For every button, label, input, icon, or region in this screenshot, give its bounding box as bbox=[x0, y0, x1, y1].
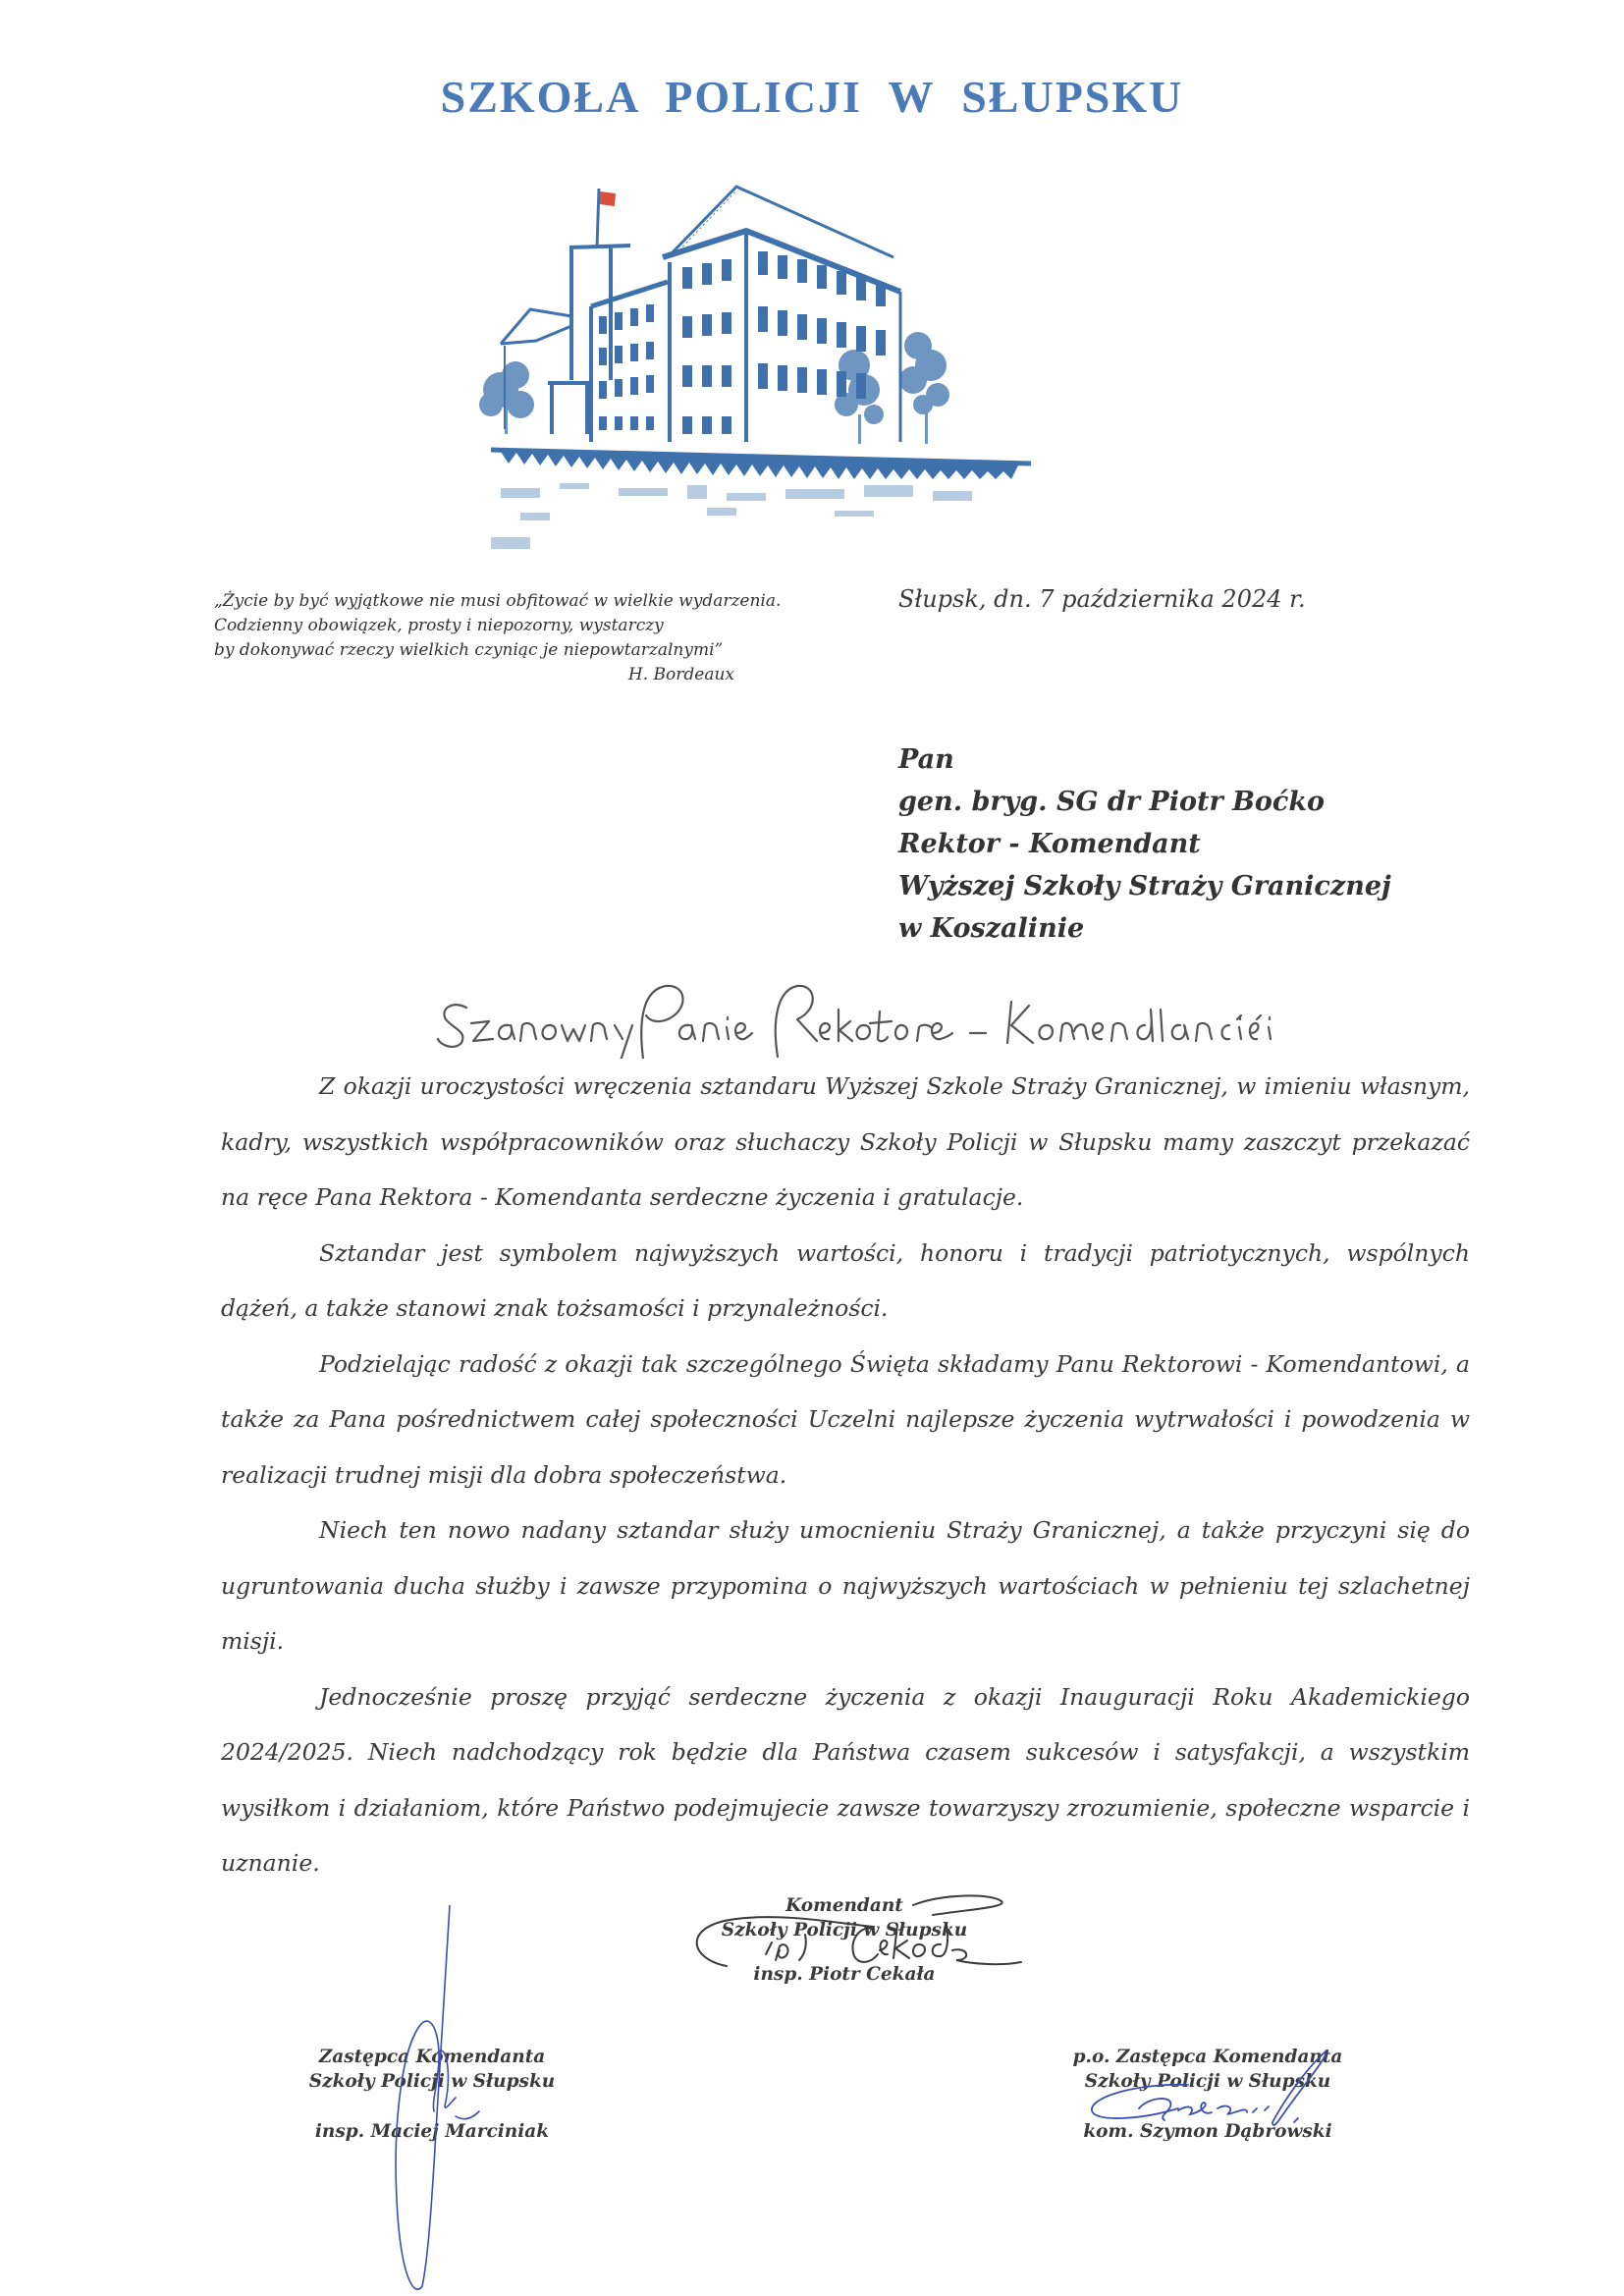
quote-author: H. Bordeaux bbox=[214, 663, 842, 687]
body-paragraph: Podzielając radość z okazji tak szczegól… bbox=[221, 1337, 1470, 1503]
addressee-line: Pan bbox=[898, 738, 1391, 781]
signature-title: Komendant bbox=[677, 1893, 1011, 1918]
addressee-line: gen. bryg. SG dr Piotr Boćko bbox=[898, 781, 1391, 823]
addressee-line: Wyższej Szkoły Straży Granicznej bbox=[898, 865, 1391, 907]
signature-commandant: Komendant Szkoły Policji w Słupsku insp.… bbox=[677, 1893, 1011, 1987]
quote-line: „Życie by być wyjątkowe nie musi obfitow… bbox=[214, 589, 842, 614]
addressee-block: Pan gen. bryg. SG dr Piotr Boćko Rektor … bbox=[898, 738, 1391, 950]
signature-title: p.o. Zastępca Komendanta bbox=[1060, 2045, 1355, 2069]
signature-name: kom. Szymon Dąbrowski bbox=[1060, 2119, 1355, 2144]
signature-name: insp. Piotr Cekała bbox=[677, 1962, 1011, 1987]
signature-deputy-right: p.o. Zastępca Komendanta Szkoły Policji … bbox=[1060, 2045, 1355, 2144]
quote-line: Codzienny obowiązek, prosty i niepozorny… bbox=[214, 614, 842, 638]
body-paragraph: Niech ten nowo nadany sztandar służy umo… bbox=[221, 1503, 1470, 1669]
letterhead-title: SZKOŁA POLICJI W SŁUPSKU bbox=[0, 71, 1624, 123]
body-paragraph: Jednocześnie proszę przyjąć serdeczne ży… bbox=[221, 1669, 1470, 1891]
letter-body: Z okazji uroczystości wręczenia sztandar… bbox=[221, 1059, 1470, 1891]
quote-line: by dokonywać rzeczy wielkich czyniąc je … bbox=[214, 638, 842, 663]
signature-title: Szkoły Policji w Słupsku bbox=[1060, 2069, 1355, 2094]
signature-title: Szkoły Policji w Słupsku bbox=[677, 1918, 1011, 1942]
addressee-line: Rektor - Komendant bbox=[898, 823, 1391, 865]
signature-name: insp. Maciej Marciniak bbox=[285, 2119, 579, 2144]
building-illustration bbox=[461, 169, 1208, 562]
handwritten-salutation: Szanowny Panie Rektorze - Komendancie bbox=[432, 980, 1365, 1049]
body-paragraph: Sztandar jest symbolem najwyższych warto… bbox=[221, 1226, 1470, 1337]
signature-title: Zastępca Komendanta bbox=[285, 2045, 579, 2069]
addressee-line: w Koszalinie bbox=[898, 907, 1391, 950]
signature-deputy-left: Zastępca Komendanta Szkoły Policji w Słu… bbox=[285, 2045, 579, 2144]
motto-quote: „Życie by być wyjątkowe nie musi obfitow… bbox=[214, 589, 842, 687]
signature-title: Szkoły Policji w Słupsku bbox=[285, 2069, 579, 2094]
letter-page: SZKOŁA POLICJI W SŁUPSKU bbox=[0, 0, 1624, 2296]
letter-date: Słupsk, dn. 7 października 2024 r. bbox=[898, 585, 1306, 613]
body-paragraph: Z okazji uroczystości wręczenia sztandar… bbox=[221, 1059, 1470, 1226]
